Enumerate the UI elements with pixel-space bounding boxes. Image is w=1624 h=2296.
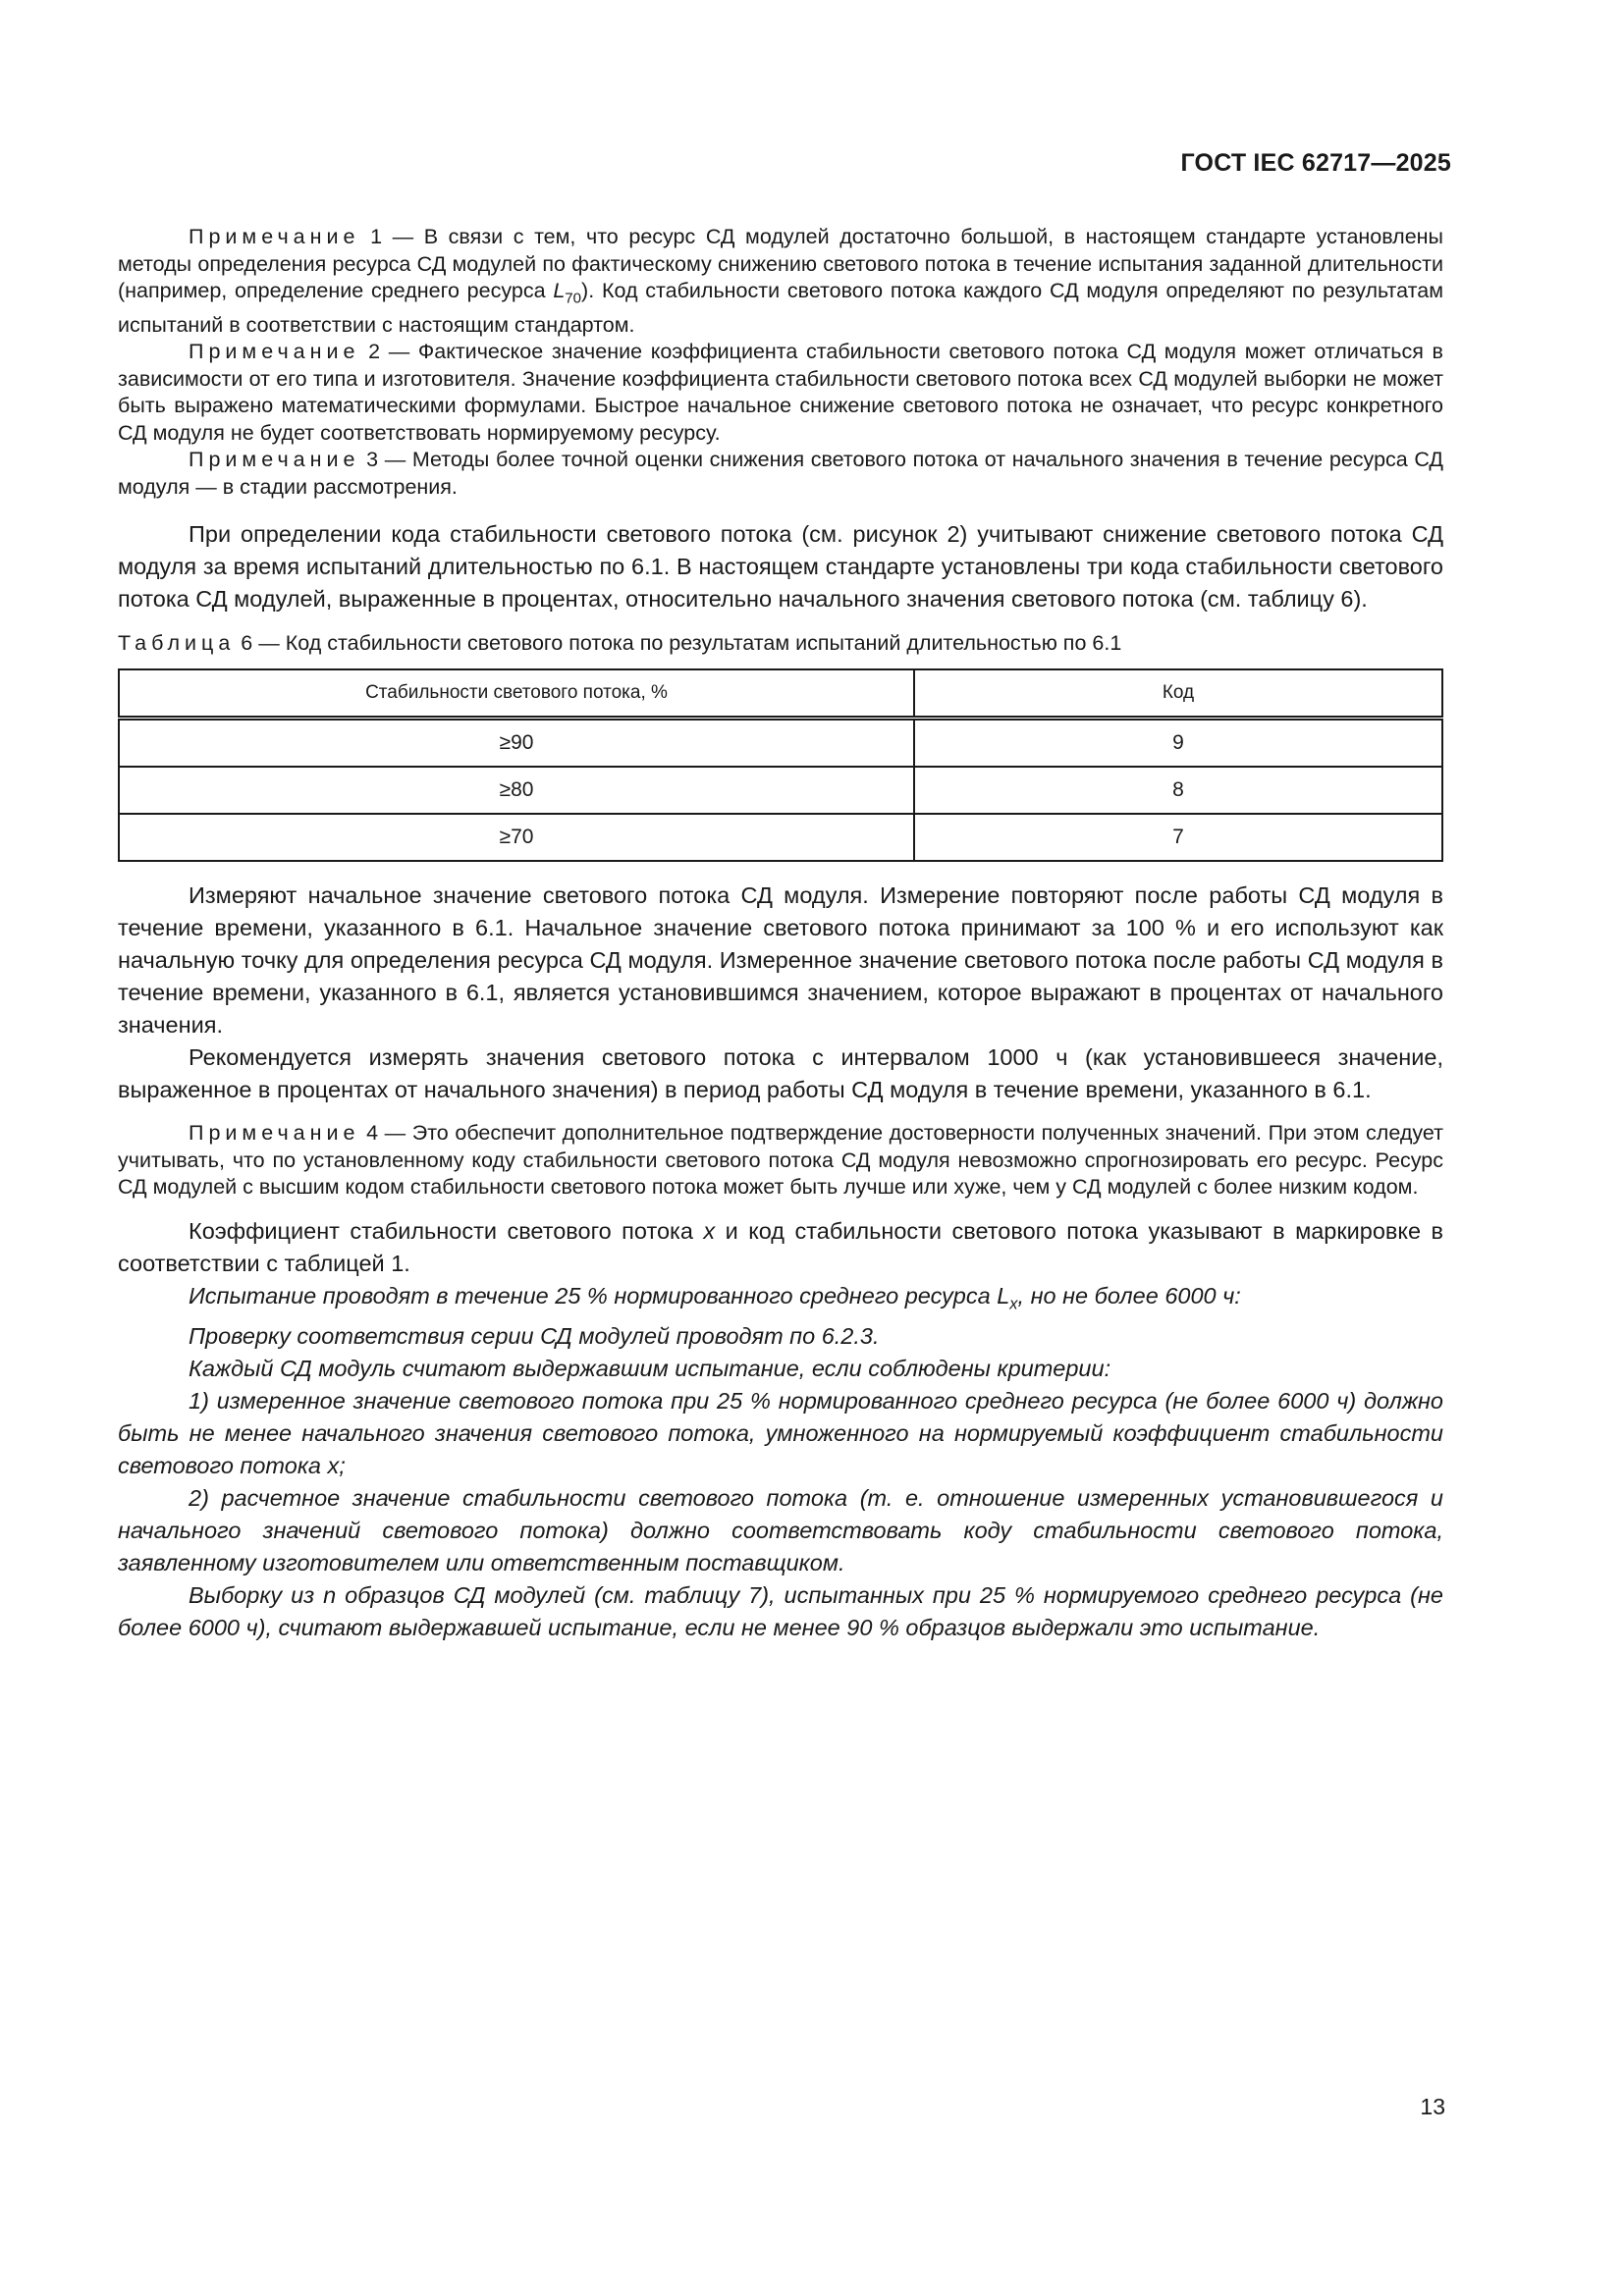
note-number: 2 [368, 340, 380, 363]
column-header-stability: Стабильности светового потока, % [119, 669, 914, 719]
table-caption: Таблица 6 — Код стабильности светового п… [118, 629, 1443, 657]
text-segment: Испытание проводят в течение 25 % нормир… [189, 1283, 1009, 1308]
document-header: ГОСТ IEC 62717—2025 [1181, 149, 1452, 178]
column-header-code: Код [914, 669, 1442, 719]
table-caption-text: — Код стабильности светового потока по р… [258, 631, 1121, 655]
italic-criterion-1: 1) измеренное значение светового потока … [118, 1385, 1443, 1482]
text-segment: , но не более 6000 ч: [1018, 1283, 1241, 1308]
text-segment: Коэффициент стабильности светового поток… [189, 1218, 703, 1244]
symbol-subscript: 70 [565, 290, 581, 306]
page-number: 13 [1420, 2094, 1445, 2120]
paragraph-coefficient: Коэффициент стабильности светового поток… [118, 1215, 1443, 1280]
paragraph-measure: Измеряют начальное значение светового по… [118, 880, 1443, 1041]
table-caption-number: 6 [241, 631, 252, 655]
symbol-l: L [553, 279, 565, 302]
italic-sample-rule: Выборку из n образцов СД модулей (см. та… [118, 1579, 1443, 1644]
table-6: Стабильности светового потока, % Код ≥90… [118, 668, 1443, 862]
note-number: 4 [366, 1121, 378, 1145]
table-row: ≥90 9 [119, 719, 1442, 768]
note-label: Примечание [189, 1121, 359, 1145]
table-row: ≥80 8 [119, 767, 1442, 814]
page-content: Примечание 1 — В связи с тем, что ресурс… [118, 224, 1443, 1644]
cell-stability: ≥90 [119, 719, 914, 768]
italic-criteria-intro: Каждый СД модуль считают выдержавшим исп… [118, 1353, 1443, 1385]
note-2: Примечание 2 — Фактическое значение коэф… [118, 339, 1443, 447]
note-number: 1 [370, 225, 382, 248]
cell-code: 9 [914, 719, 1442, 768]
italic-criterion-2: 2) расчетное значение стабильности свето… [118, 1482, 1443, 1579]
table-header-row: Стабильности светового потока, % Код [119, 669, 1442, 719]
note-label: Примечание [189, 448, 359, 471]
note-4: Примечание 4 — Это обеспечит дополнитель… [118, 1120, 1443, 1201]
italic-test-duration: Испытание проводят в течение 25 % нормир… [118, 1280, 1443, 1321]
italic-series-check: Проверку соответствия серии СД модулей п… [118, 1320, 1443, 1353]
table-row: ≥70 7 [119, 814, 1442, 861]
variable-x: x [703, 1218, 715, 1244]
table-caption-label: Таблица [118, 631, 235, 655]
cell-code: 8 [914, 767, 1442, 814]
note-label: Примечание [189, 340, 359, 363]
symbol-subscript: x [1009, 1295, 1017, 1312]
note-number: 3 [366, 448, 378, 471]
cell-stability: ≥80 [119, 767, 914, 814]
cell-code: 7 [914, 814, 1442, 861]
note-label: Примечание [189, 225, 359, 248]
cell-stability: ≥70 [119, 814, 914, 861]
paragraph-intro: При определении кода стабильности светов… [118, 518, 1443, 615]
note-3: Примечание 3 — Методы более точной оценк… [118, 447, 1443, 501]
note-1: Примечание 1 — В связи с тем, что ресурс… [118, 224, 1443, 339]
paragraph-recommend: Рекомендуется измерять значения световог… [118, 1041, 1443, 1106]
